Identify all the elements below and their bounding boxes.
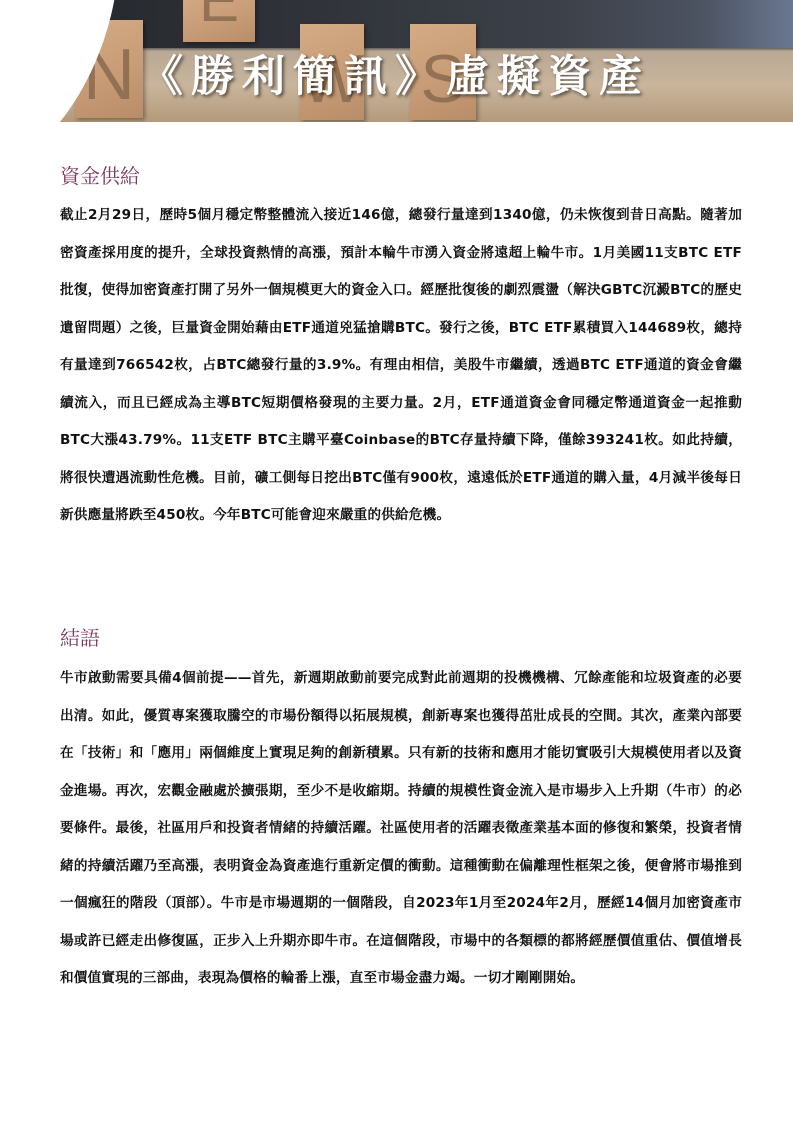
header-banner: N E W S 《勝利簡訊》虛擬資產 — [0, 0, 793, 122]
section-paragraph-conclusion: 牛市啟動需要具備4個前提——首先，新週期啟動前要完成對此前週期的投機機構、冗餘產… — [60, 660, 742, 998]
section-heading-conclusion: 結語 — [60, 628, 100, 648]
block-letter: E — [183, 0, 255, 35]
banner-title: 《勝利簡訊》虛擬資產 — [140, 56, 650, 99]
wooden-block-e: E — [183, 0, 255, 42]
section-heading-funding-supply: 資金供給 — [60, 166, 140, 186]
section-paragraph-funding-supply: 截止2月29日，歷時5個月穩定幣整體流入接近146億，總發行量達到1340億，仍… — [60, 197, 742, 535]
